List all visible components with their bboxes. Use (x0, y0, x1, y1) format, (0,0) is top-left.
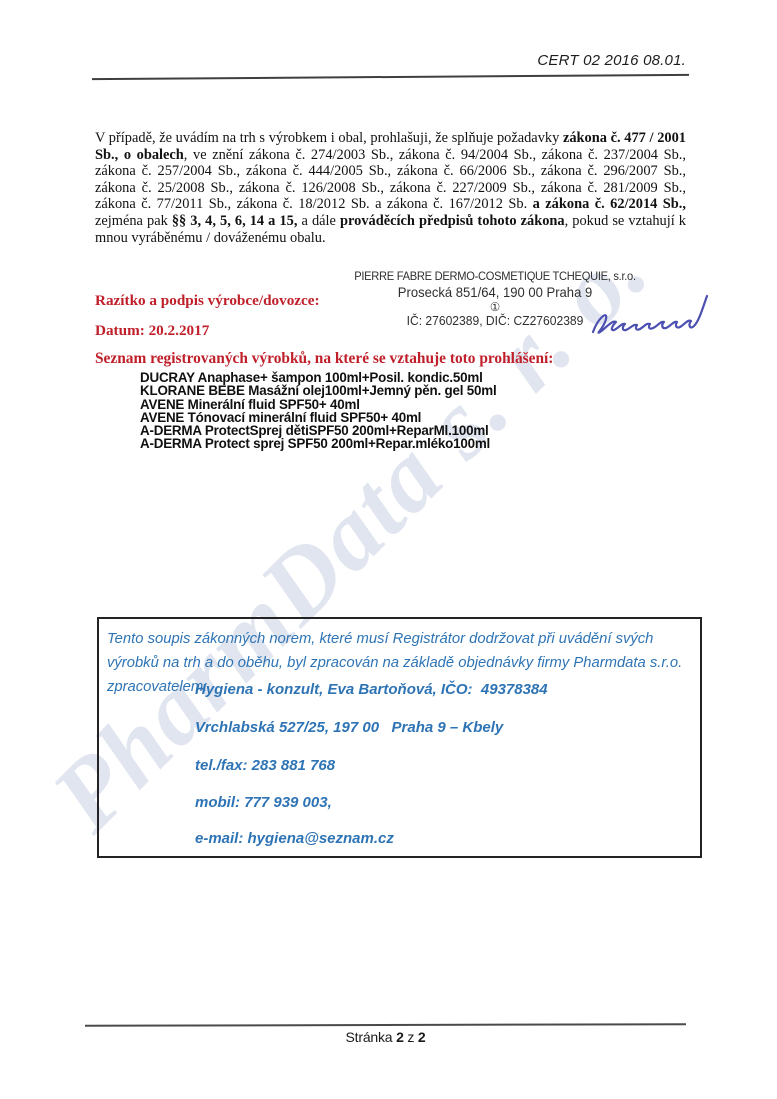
product-item: A-DERMA ProtectSprej dětiSPF50 200ml+Rep… (140, 424, 497, 437)
footer-word: Stránka (346, 1029, 397, 1045)
paragraph-text: a dále (297, 213, 340, 229)
sections-reference-bold: §§ 3, 4, 5, 6, 14 a 15, (172, 213, 298, 229)
processor-name-ico: Hygiena - konzult, Eva Bartoňová, IČO: 4… (195, 681, 548, 698)
processor-notice-box: Tento soupis zákonných norem, které musí… (97, 617, 702, 858)
stamp-signature-label: Razítko a podpis výrobce/dovozce: (95, 292, 320, 310)
stamp-company-name: PIERRE FABRE DERMO-COSMETIQUE TCHEQUIE, … (337, 270, 654, 283)
date-label: Datum: 20.2.2017 (95, 322, 209, 340)
footer-of: z (404, 1029, 418, 1045)
processor-address: Vrchlabská 527/25, 197 00 Praha 9 – Kbel… (195, 719, 503, 736)
product-item: AVENE Tónovací minerální fluid SPF50+ 40… (140, 411, 497, 424)
footer-divider (85, 1023, 686, 1027)
product-item: A-DERMA Protect sprej SPF50 200ml+Repar.… (140, 437, 497, 450)
product-item: AVENE Minerální fluid SPF50+ 40ml (140, 398, 497, 411)
paragraph-text: zejména pak (95, 213, 172, 229)
signature-handwriting (586, 290, 716, 346)
page-number-footer: Stránka 2 z 2 (85, 1029, 686, 1045)
product-list: DUCRAY Anaphase+ šampon 100ml+Posil. kon… (140, 371, 497, 451)
processor-mobile: mobil: 777 939 003, (195, 794, 332, 811)
footer-current-page: 2 (396, 1029, 404, 1045)
regulations-reference-bold: prováděcích předpisů tohoto zákona (340, 213, 565, 229)
product-item: DUCRAY Anaphase+ šampon 100ml+Posil. kon… (140, 371, 497, 384)
header-divider (92, 74, 689, 80)
footer-total-pages: 2 (418, 1029, 426, 1045)
paragraph-text: V případě, že uvádím na trh s výrobkem i… (95, 130, 563, 146)
processor-email: e-mail: hygiena@seznam.cz (195, 830, 394, 847)
document-code-header: CERT 02 2016 08.01. (92, 52, 686, 69)
processor-telfax: tel./fax: 283 881 768 (195, 757, 335, 774)
product-item: KLORANE BEBE Masážní olej100ml+Jemný pěn… (140, 384, 497, 397)
registered-products-heading: Seznam registrovaných výrobků, na které … (95, 350, 553, 368)
declaration-paragraph: V případě, že uvádím na trh s výrobkem i… (95, 130, 686, 246)
scanned-document-page: PharmData s. r. o. CERT 02 2016 08.01. V… (0, 0, 777, 1099)
law-reference-bold: a zákona č. 62/2014 Sb., (533, 196, 686, 212)
